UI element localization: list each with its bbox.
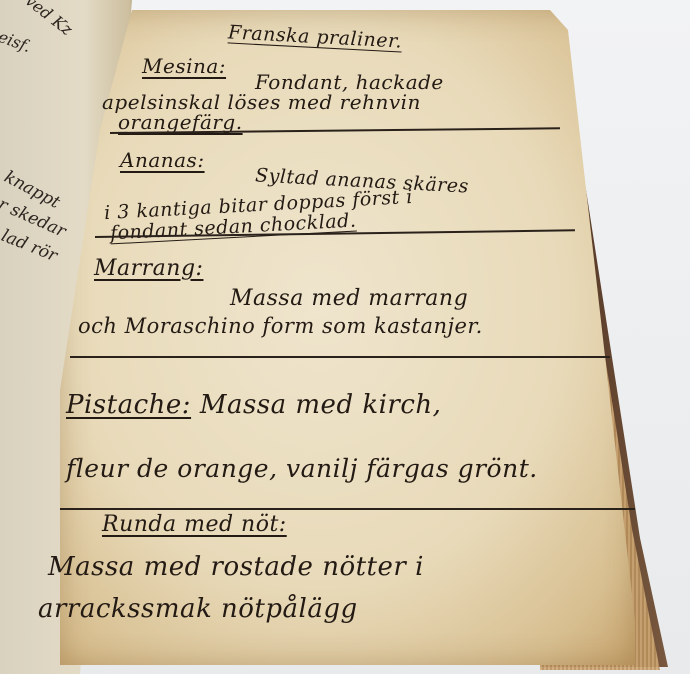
recipe-name: Mesina: bbox=[142, 54, 226, 78]
recipe-name: Pistache: bbox=[66, 390, 191, 420]
recipe-line: arrackssmak nötpålägg bbox=[38, 594, 358, 624]
recipe-name-line: Pistache: Massa med kirch, bbox=[66, 390, 441, 420]
recipe-line: Massa med kirch, bbox=[200, 390, 442, 420]
recipe-name: Marrang: bbox=[94, 256, 203, 281]
recipe-name: Runda med nöt: bbox=[102, 512, 287, 537]
recipe-line: Massa med marrang bbox=[230, 286, 468, 311]
notebook-photo: t) ved Kz eisf. knappt r skedar lad rör … bbox=[0, 0, 690, 674]
recipe-line: fleur de orange, vanilj färgas grönt. bbox=[66, 454, 538, 483]
recipe-line: och Moraschino form som kastanjer. bbox=[78, 314, 483, 338]
recipe-name: Ananas: bbox=[120, 148, 205, 172]
divider-line bbox=[60, 508, 635, 510]
recipe-line: Massa med rostade nötter i bbox=[48, 552, 424, 582]
divider-line bbox=[70, 356, 610, 358]
